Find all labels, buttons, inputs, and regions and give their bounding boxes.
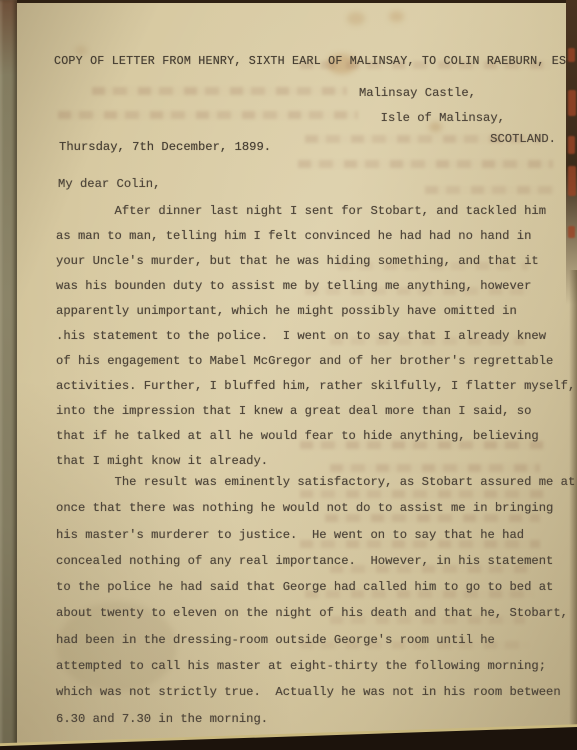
- letter-paragraph-2: The result was eminently satisfactory, a…: [56, 469, 575, 732]
- letter-photograph: COPY OF LETTER FROM HENRY, SIXTH EARL OF…: [0, 0, 577, 750]
- book-edge-top: [0, 0, 577, 3]
- address-line-2: Isle of Malinsay,: [381, 111, 505, 125]
- edge-print-mark: [568, 226, 575, 238]
- address-line-1: Malinsay Castle,: [359, 86, 476, 100]
- letter-page: COPY OF LETTER FROM HENRY, SIXTH EARL OF…: [17, 2, 577, 748]
- page-edge-shadow-right: [569, 270, 577, 750]
- bleed-through-text: [92, 87, 347, 95]
- letter-salutation: My dear Colin,: [58, 177, 160, 191]
- edge-print-mark: [568, 136, 575, 154]
- letter-date: Thursday, 7th December, 1899.: [59, 140, 271, 154]
- bleed-through-text: [298, 160, 553, 168]
- edge-print-mark: [568, 166, 576, 196]
- paper-stain: [389, 11, 404, 22]
- book-page-edge-left: [0, 0, 17, 750]
- edge-print-mark: [568, 48, 575, 62]
- letter-heading: COPY OF LETTER FROM HENRY, SIXTH EARL OF…: [54, 54, 577, 68]
- letter-paragraph-1: After dinner last night I sent for Stoba…: [56, 199, 575, 474]
- paper-stain: [347, 12, 365, 25]
- address-line-3: SCOTLAND.: [490, 132, 556, 146]
- bleed-through-text: [58, 111, 358, 119]
- bleed-through-text: [425, 186, 555, 194]
- edge-print-mark: [568, 90, 576, 116]
